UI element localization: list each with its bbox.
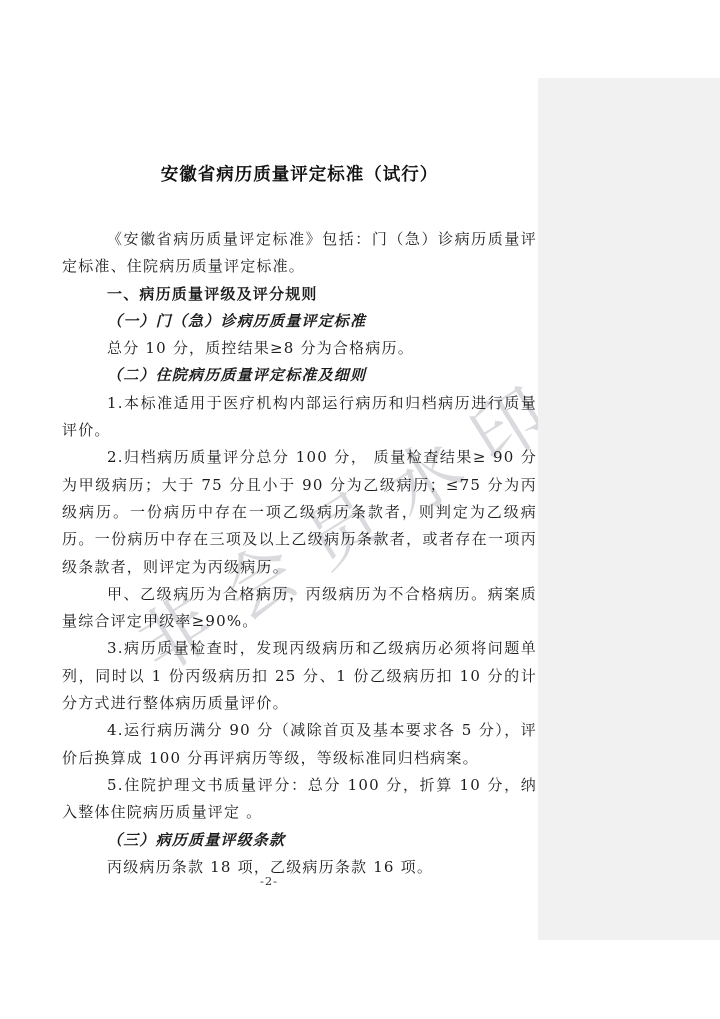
section-heading: （一）门（急）诊病历质量评定标准 [62,308,537,335]
document-title: 安徽省病历质量评定标准（试行） [62,162,537,188]
paragraph: 5.住院护理文书质量评分：总分 100 分，折算 10 分，纳入整体住院病历质量… [62,772,537,827]
paragraph: 《安徽省病历质量评定标准》包括：门（急）诊病历质量评定标准、住院病历质量评定标准… [62,226,537,281]
paragraph: 1.本标准适用于医疗机构内部运行病历和归档病历进行质量评价。 [62,390,537,445]
page-number: -2- [0,874,538,888]
paragraph: 甲、乙级病历为合格病历，丙级病历为不合格病历。病案质量综合评定甲级率≥90%。 [62,581,537,636]
paragraph: 3.病历质量检查时，发现丙级病历和乙级病历必须将问题单列，同时以 1 份丙级病历… [62,635,537,717]
section-heading: （三）病历质量评级条款 [62,827,537,854]
section-heading: （二）住院病历质量评定标准及细则 [62,362,537,389]
document-page: 非会员水印 安徽省病历质量评定标准（试行） 《安徽省病历质量评定标准》包括：门（… [0,0,538,1019]
section-heading: 一、病历质量评级及评分规则 [62,281,537,308]
document-viewer: 非会员水印 安徽省病历质量评定标准（试行） 《安徽省病历质量评定标准》包括：门（… [0,0,720,1019]
paragraph: 总分 10 分，质控结果≥8 分为合格病历。 [62,335,537,362]
paragraph: 2.归档病历质量评分总分 100 分， 质量检查结果≥ 90 分为甲级病历；大于… [62,444,537,580]
paragraph: 4.运行病历满分 90 分（减除首页及基本要求各 5 分），评价后换算成 100… [62,717,537,772]
background-panel [538,78,720,940]
document-content: 安徽省病历质量评定标准（试行） 《安徽省病历质量评定标准》包括：门（急）诊病历质… [62,162,537,881]
